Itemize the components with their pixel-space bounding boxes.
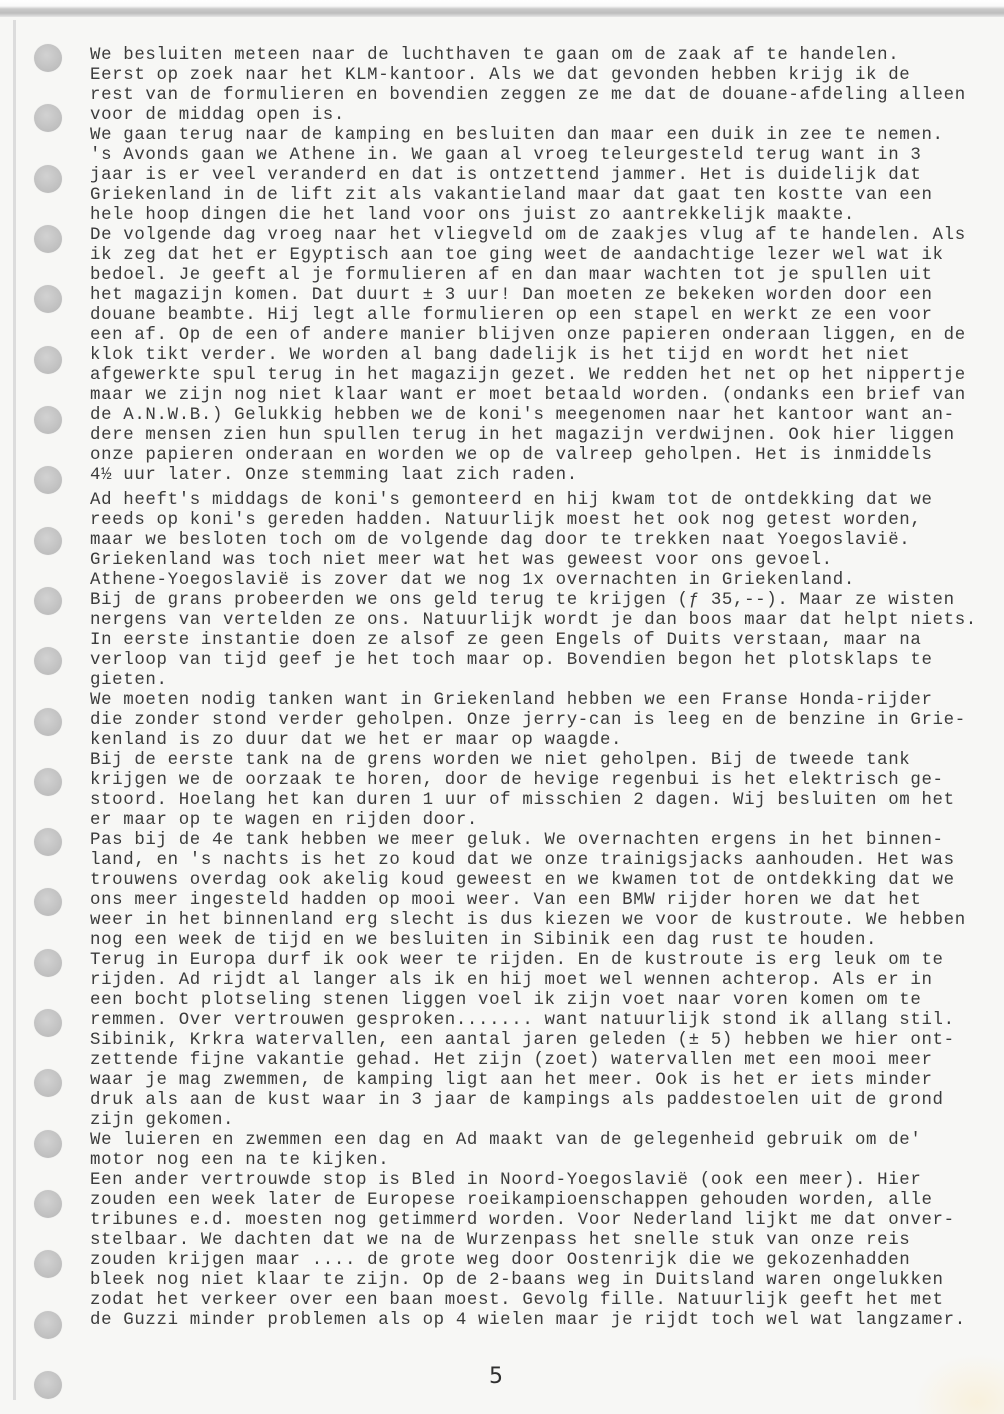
text-line: Terug in Europa durf ik ook weer te rijd… bbox=[90, 951, 990, 971]
binder-hole bbox=[34, 406, 62, 434]
binder-hole bbox=[34, 1130, 62, 1158]
text-line: Eerst op zoek naar het KLM-kantoor. Als … bbox=[90, 66, 990, 86]
binder-hole bbox=[34, 949, 62, 977]
binder-hole bbox=[34, 346, 62, 374]
binder-hole bbox=[34, 44, 62, 72]
text-line: rest van de formulieren en bovendien zeg… bbox=[90, 86, 990, 106]
text-line: ons meer ingesteld hadden op mooi weer. … bbox=[90, 891, 990, 911]
text-line: krijgen we de oorzaak te horen, door de … bbox=[90, 771, 990, 791]
text-line: er maar op te wagen en rijden door. bbox=[90, 811, 990, 831]
text-line: Griekenland was toch niet meer wat het w… bbox=[90, 551, 990, 571]
text-line: We gaan terug naar de kamping en besluit… bbox=[90, 126, 990, 146]
text-line: het magazijn komen. Dat duurt ± 3 uur! D… bbox=[90, 286, 990, 306]
text-line: kenland is zo duur dat we het er maar op… bbox=[90, 731, 990, 751]
paragraph: Terug in Europa durf ik ook weer te rijd… bbox=[90, 951, 990, 1031]
text-line: Sibinik, Krkra watervallen, een aantal j… bbox=[90, 1031, 990, 1051]
binder-hole bbox=[34, 888, 62, 916]
text-line: klok tikt verder. We worden al bang dade… bbox=[90, 346, 990, 366]
binder-hole bbox=[34, 708, 62, 736]
text-line: We moeten nodig tanken want in Griekenla… bbox=[90, 691, 990, 711]
text-line: In eerste instantie doen ze alsof ze gee… bbox=[90, 631, 990, 651]
text-line: zijn gekomen. bbox=[90, 1111, 990, 1131]
text-line: Bij de eerste tank na de grens worden we… bbox=[90, 751, 990, 771]
text-line: bedoel. Je geeft al je formulieren af en… bbox=[90, 266, 990, 286]
binder-hole bbox=[34, 647, 62, 675]
text-line: douane beambte. Hij legt alle formuliere… bbox=[90, 306, 990, 326]
text-line: zodat het verkeer over een baan moest. G… bbox=[90, 1291, 990, 1311]
text-line: druk als aan de kust waar in 3 jaar de k… bbox=[90, 1091, 990, 1111]
text-line: Griekenland in de lift zit als vakantiel… bbox=[90, 186, 990, 206]
paragraph: Bij de eerste tank na de grens worden we… bbox=[90, 751, 990, 831]
paragraph: Pas bij de 4e tank hebben we meer geluk.… bbox=[90, 831, 990, 951]
binder-hole bbox=[34, 587, 62, 615]
text-line: Athene-Yoegoslavië is zover dat we nog 1… bbox=[90, 571, 990, 591]
text-line: rijden. Ad rijdt al langer als ik en hij… bbox=[90, 971, 990, 991]
typewritten-body: We besluiten meteen naar de luchthaven t… bbox=[90, 46, 990, 1331]
text-line: bleek nog niet klaar te zijn. Op de 2-ba… bbox=[90, 1271, 990, 1291]
text-line: voor de middag open is. bbox=[90, 106, 990, 126]
binder-hole bbox=[34, 1311, 62, 1339]
text-line: 4½ uur later. Onze stemming laat zich ra… bbox=[90, 466, 990, 486]
text-line: die zonder stond verder geholpen. Onze j… bbox=[90, 711, 990, 731]
paragraph: Een ander vertrouwde stop is Bled in Noo… bbox=[90, 1171, 990, 1331]
text-line: de Guzzi minder problemen als op 4 wiele… bbox=[90, 1311, 990, 1331]
paper-stain bbox=[914, 1354, 1004, 1414]
binder-hole bbox=[34, 466, 62, 494]
text-line: een bocht plotseling stenen liggen voel … bbox=[90, 991, 990, 1011]
text-line: Ad heeft's middags de koni's gemonteerd … bbox=[90, 491, 990, 511]
text-line: motor nog een na te kijken. bbox=[90, 1151, 990, 1171]
text-line: waar je mag zwemmen, de kamping ligt aan… bbox=[90, 1071, 990, 1091]
text-line: de A.N.W.B.) Gelukkig hebben we de koni'… bbox=[90, 406, 990, 426]
text-line: nergens van vertelden ze ons. Natuurlijk… bbox=[90, 611, 990, 631]
text-line: jaar is er veel veranderd en dat is ontz… bbox=[90, 166, 990, 186]
text-line: maar we besloten toch om de volgende dag… bbox=[90, 531, 990, 551]
text-line: dere mensen zien hun spullen terug in he… bbox=[90, 426, 990, 446]
paragraph: Ad heeft's middags de koni's gemonteerd … bbox=[90, 491, 990, 691]
text-line: We luieren en zwemmen een dag en Ad maak… bbox=[90, 1131, 990, 1151]
text-line: een af. Op de een of andere manier blijv… bbox=[90, 326, 990, 346]
text-line: Bij de grans probeerden we ons geld teru… bbox=[90, 591, 990, 611]
scan-edge-band bbox=[0, 0, 1004, 17]
binder-hole bbox=[34, 1190, 62, 1218]
text-line: ik zeg dat het er Egyptisch aan toe ging… bbox=[90, 246, 990, 266]
paragraph: Sibinik, Krkra watervallen, een aantal j… bbox=[90, 1031, 990, 1131]
text-line: maar we zijn nog niet klaar want er moet… bbox=[90, 386, 990, 406]
binder-hole bbox=[34, 1009, 62, 1037]
text-line: We besluiten meteen naar de luchthaven t… bbox=[90, 46, 990, 66]
binder-holes bbox=[0, 0, 80, 1414]
text-line: afgewerkte spul terug in het magazijn ge… bbox=[90, 366, 990, 386]
text-line: weer in het binnenland erg slecht is dus… bbox=[90, 911, 990, 931]
text-line: verloop van tijd geef je het toch maar o… bbox=[90, 651, 990, 671]
text-line: gieten. bbox=[90, 671, 990, 691]
text-line: stoord. Hoelang het kan duren 1 uur of m… bbox=[90, 791, 990, 811]
binder-hole bbox=[34, 828, 62, 856]
paragraph: We luieren en zwemmen een dag en Ad maak… bbox=[90, 1131, 990, 1171]
text-line: hele hoop dingen die het land voor ons j… bbox=[90, 206, 990, 226]
binder-hole bbox=[34, 285, 62, 313]
text-line: reeds op koni's gereden hadden. Natuurli… bbox=[90, 511, 990, 531]
text-line: stelbaar. We dachten dat we na de Wurzen… bbox=[90, 1231, 990, 1251]
paragraph: We gaan terug naar de kamping en besluit… bbox=[90, 126, 990, 226]
text-line: zouden een week later de Europese roeika… bbox=[90, 1191, 990, 1211]
text-line: zouden krijgen maar .... de grote weg do… bbox=[90, 1251, 990, 1271]
binder-hole bbox=[34, 225, 62, 253]
text-line: onze papieren onderaan en worden we op d… bbox=[90, 446, 990, 466]
text-line: nog een week de tijd en we besluiten in … bbox=[90, 931, 990, 951]
binder-hole bbox=[34, 527, 62, 555]
binder-hole bbox=[34, 165, 62, 193]
binder-hole bbox=[34, 1371, 62, 1399]
paragraph: We moeten nodig tanken want in Griekenla… bbox=[90, 691, 990, 751]
page-number: 5 bbox=[489, 1364, 503, 1389]
paragraph: We besluiten meteen naar de luchthaven t… bbox=[90, 46, 990, 126]
binder-hole bbox=[34, 104, 62, 132]
text-line: Een ander vertrouwde stop is Bled in Noo… bbox=[90, 1171, 990, 1191]
text-line: land, en 's nachts is het zo koud dat we… bbox=[90, 851, 990, 871]
binder-hole bbox=[34, 768, 62, 796]
text-line: De volgende dag vroeg naar het vliegveld… bbox=[90, 226, 990, 246]
text-line: remmen. Over vertrouwen gesproken.......… bbox=[90, 1011, 990, 1031]
binder-hole bbox=[34, 1250, 62, 1278]
text-line: trouwens overdag ook akelig koud geweest… bbox=[90, 871, 990, 891]
text-line: tribunes e.d. moesten nog getimmerd word… bbox=[90, 1211, 990, 1231]
binder-hole bbox=[34, 1069, 62, 1097]
text-line: zettende fijne vakantie gehad. Het zijn … bbox=[90, 1051, 990, 1071]
paragraph: De volgende dag vroeg naar het vliegveld… bbox=[90, 226, 990, 486]
text-line: Pas bij de 4e tank hebben we meer geluk.… bbox=[90, 831, 990, 851]
text-line: 's Avonds gaan we Athene in. We gaan al … bbox=[90, 146, 990, 166]
